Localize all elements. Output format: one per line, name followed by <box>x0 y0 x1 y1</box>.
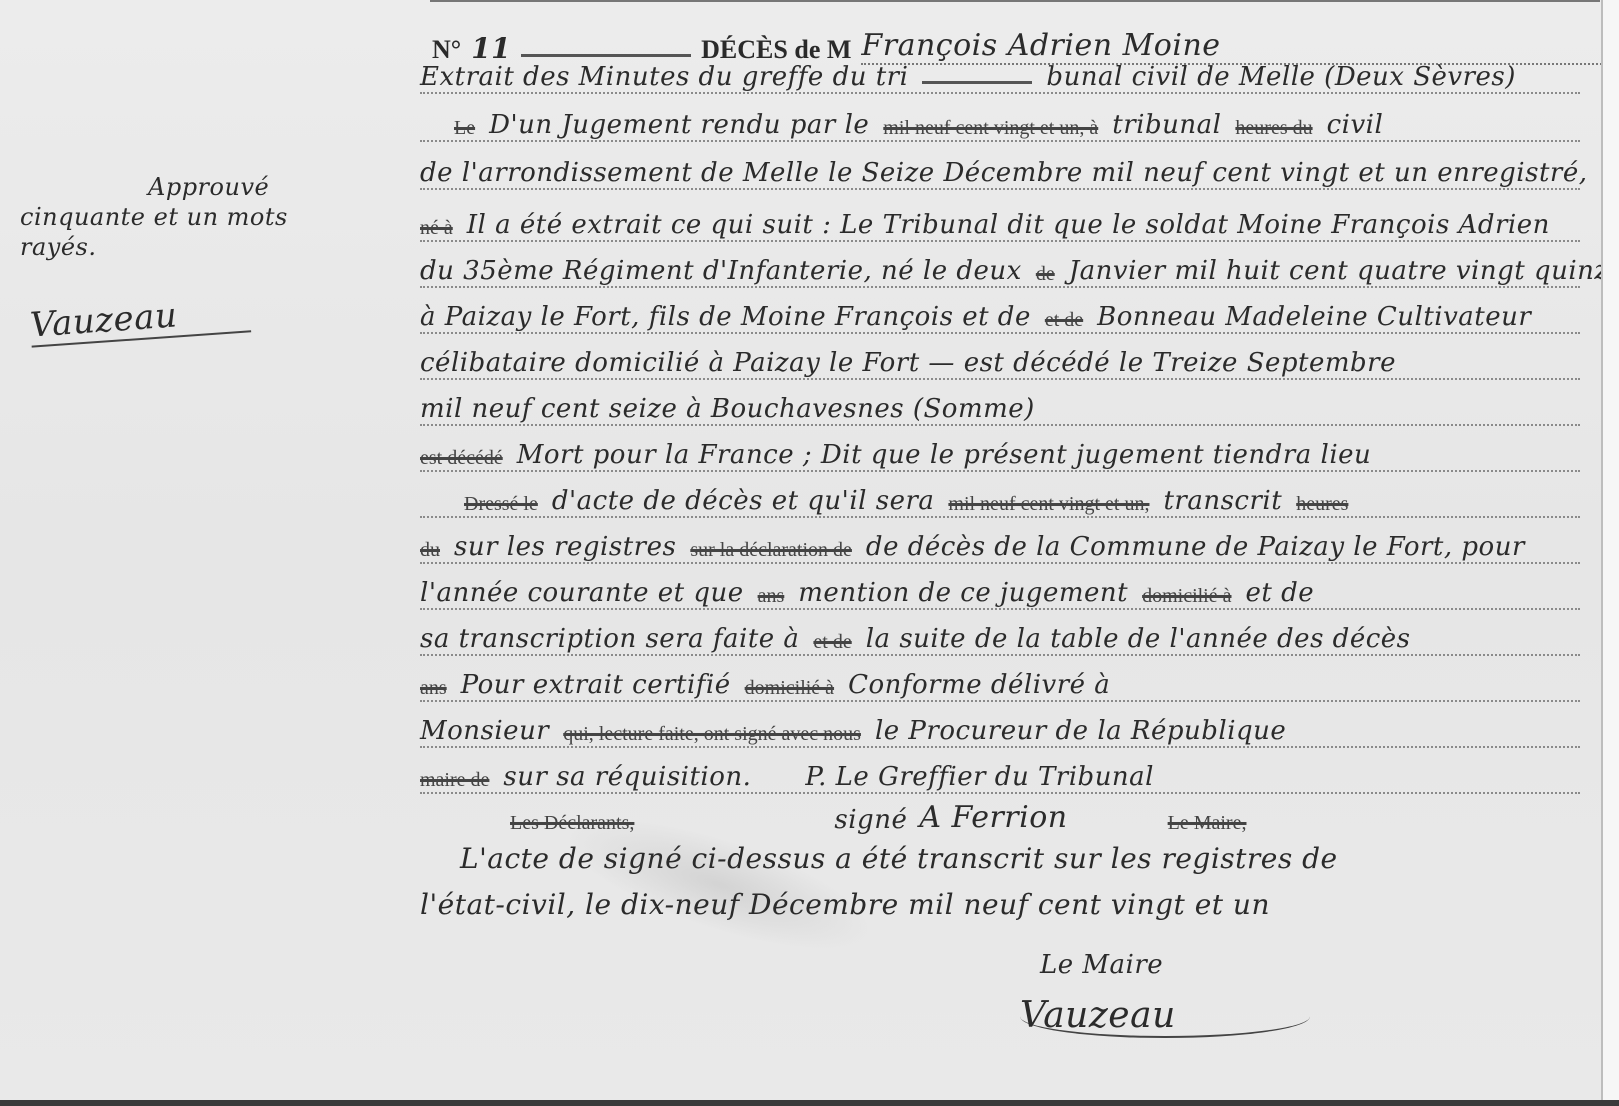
struck-printed-text: domicilié à <box>1142 585 1231 608</box>
struck-printed-text: maire de <box>420 769 489 792</box>
handwritten-text: mention de ce jugement <box>798 578 1128 608</box>
handwritten-text: P. Le Greffier du Tribunal <box>805 762 1154 792</box>
scan-border <box>0 1100 1619 1106</box>
margin-note: Approuvé cinquante et un mots rayés. <box>20 172 360 262</box>
handwritten-text: Janvier mil huit cent quatre vingt quinz… <box>1069 256 1619 286</box>
signed-label: signé <box>834 805 907 835</box>
handwritten-text: de décès de la Commune de Paizay le Fort… <box>866 532 1525 562</box>
struck-printed-text: Le <box>454 117 475 140</box>
transcription-note-line-2: l'état-civil, le dix-neuf Décembre mil n… <box>420 888 1270 921</box>
signatory-name: A Ferrion <box>919 800 1067 835</box>
handwritten-text: Mort pour la France ; Dit que le présent… <box>517 440 1372 470</box>
struck-printed-text: domicilié à <box>745 677 834 700</box>
handwritten-text: sa transcription sera faite à <box>420 624 799 654</box>
mayor-title: Le Maire <box>1040 950 1163 980</box>
handwritten-text: transcrit <box>1163 486 1282 516</box>
form-line-arrondissement: de l'arrondissement de Melle le Seize Dé… <box>420 148 1580 190</box>
margin-text: cinquante et un mots rayés. <box>20 203 288 261</box>
handwritten-text: Bonneau Madeleine Cultivateur <box>1097 302 1531 332</box>
handwritten-text: de l'arrondissement de Melle le Seize Dé… <box>420 158 1587 188</box>
struck-printed-text: qui, lecture faite, ont signé avec nous <box>563 723 861 746</box>
struck-printed-text: heures <box>1296 493 1348 516</box>
form-line-regiment: du 35ème Régiment d'Infanterie, né le de… <box>420 246 1580 288</box>
form-line-transcription: sa transcription sera faite à et de la s… <box>420 614 1580 656</box>
handwritten-text: D'un Jugement rendu par le <box>489 110 869 140</box>
handwritten-text: la suite de la table de l'année des décè… <box>866 624 1411 654</box>
form-line-procureur: Monsieur qui, lecture faite, ont signé a… <box>420 706 1580 748</box>
handwritten-text: d'acte de décès et qu'il sera <box>552 486 935 516</box>
form-line-extract-follows: né à Il a été extrait ce qui suit : Le T… <box>420 200 1580 242</box>
struck-printed-text: sur la déclaration de <box>690 539 852 562</box>
handwritten-text: sur les registres <box>454 532 676 562</box>
handwritten-text: civil <box>1327 110 1384 140</box>
handwritten-text: Conforme délivré à <box>848 670 1110 700</box>
form-line-act-of-death: Dressé le d'acte de décès et qu'il sera … <box>420 476 1580 518</box>
handwritten-text: et de <box>1246 578 1315 608</box>
struck-printed-text: ans <box>758 585 785 608</box>
form-line-judgment: Le D'un Jugement rendu par le mil neuf c… <box>420 100 1580 142</box>
struck-printed-text: ans <box>420 677 447 700</box>
form-line-extract: Extrait des Minutes du greffe du tri bun… <box>420 52 1580 94</box>
handwritten-text: du 35ème Régiment d'Infanterie, né le de… <box>420 256 1022 286</box>
struck-printed-text: et de <box>813 631 851 654</box>
page-edge <box>1601 0 1619 1106</box>
struck-printed-text: heures du <box>1235 117 1312 140</box>
form-line-requisition: maire de sur sa réquisition. P. Le Greff… <box>420 752 1580 794</box>
handwritten-text: à Paizay le Fort, fils de Moine François… <box>420 302 1031 332</box>
form-line-registers: du sur les registres sur la déclaration … <box>420 522 1580 564</box>
struck-printed-text: de <box>1036 263 1055 286</box>
form-line-residence: célibataire domicilié à Paizay le Fort —… <box>420 338 1580 380</box>
struck-printed-text: mil neuf cent vingt et un, à <box>883 117 1098 140</box>
struck-printed-text: Dressé le <box>464 493 538 516</box>
form-line-parents: à Paizay le Fort, fils de Moine François… <box>420 292 1580 334</box>
handwritten-text: Pour extrait certifié <box>461 670 731 700</box>
struck-printed-text: et de <box>1045 309 1083 332</box>
struck-printed-text: né à <box>420 217 453 240</box>
form-line-death-place: mil neuf cent seize à Bouchavesnes (Somm… <box>420 384 1580 426</box>
document-page: N° 11 DÉCÈS de M François Adrien Moine A… <box>0 0 1603 1100</box>
mayor-label: Le Maire, <box>1168 812 1247 835</box>
form-line-current-year: l'année courante et que ans mention de c… <box>420 568 1580 610</box>
margin-approval: Approuvé <box>20 172 360 202</box>
handwritten-text: bunal civil de Melle (Deux Sèvres) <box>1046 62 1516 92</box>
handwritten-text: mil neuf cent seize à Bouchavesnes (Somm… <box>420 394 1035 424</box>
struck-printed-text: est décédé <box>420 447 503 470</box>
struck-printed-text: du <box>420 539 440 562</box>
handwritten-text: l'année courante et que <box>420 578 744 608</box>
mayor-signature: Vauzeau <box>1020 995 1310 1038</box>
handwritten-text: Il a été extrait ce qui suit : Le Tribun… <box>467 210 1550 240</box>
transcription-note-line-1: L'acte de signé ci-dessus a été transcri… <box>460 842 1338 875</box>
handwritten-text: sur sa réquisition. <box>503 762 751 792</box>
form-line-certified: ans Pour extrait certifié domicilié à Co… <box>420 660 1580 702</box>
handwritten-text: Monsieur <box>420 716 549 746</box>
handwritten-text: Extrait des Minutes du greffe du tri <box>420 62 908 92</box>
handwritten-text: célibataire domicilié à Paizay le Fort —… <box>420 348 1396 378</box>
top-rule <box>430 0 1600 2</box>
handwritten-text: le Procureur de la République <box>875 716 1286 746</box>
blank-rule <box>922 81 1032 84</box>
handwritten-text: tribunal <box>1112 110 1221 140</box>
form-line-mort-pour-la-france: est décédé Mort pour la France ; Dit que… <box>420 430 1580 472</box>
margin-signature: Vauzeau <box>29 290 251 347</box>
struck-printed-text: mil neuf cent vingt et un, <box>948 493 1149 516</box>
